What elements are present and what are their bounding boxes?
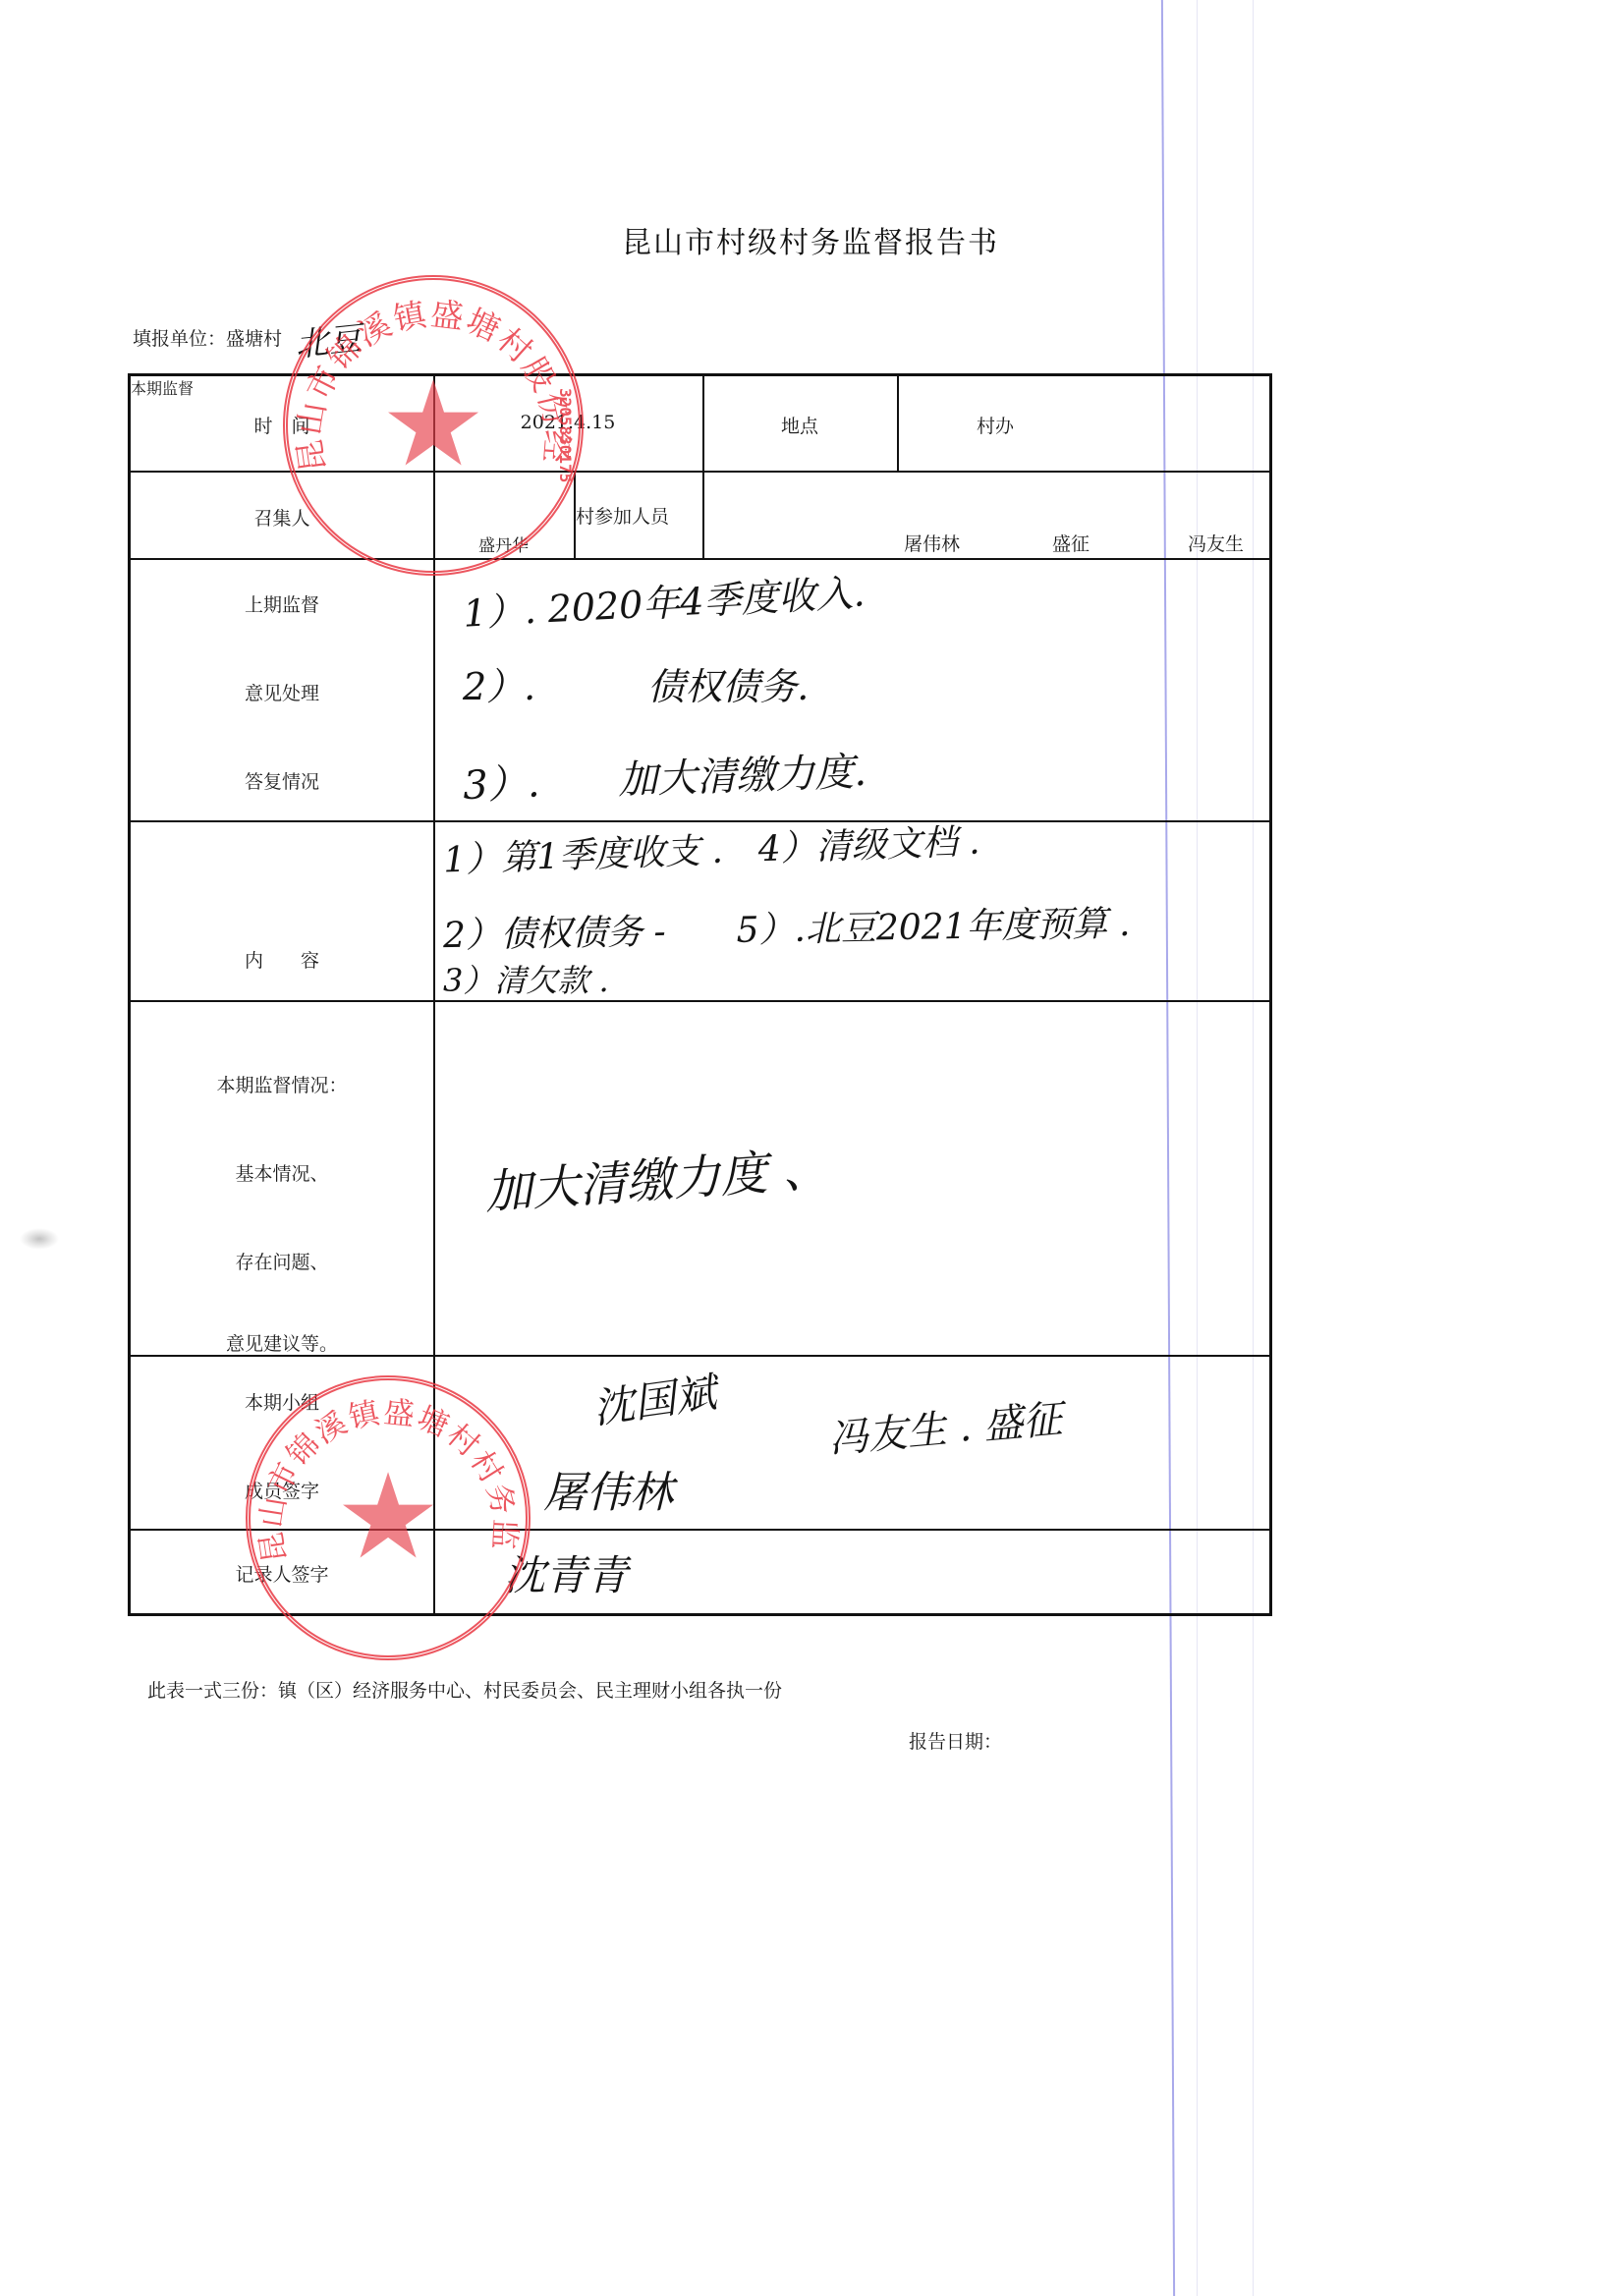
seal-arc-text: 昆山市锦溪镇盛塘村股份经济合作社 [288, 280, 579, 571]
seal-text: 昆山市锦溪镇盛塘村股份经济合作社 [288, 280, 577, 475]
participant-2: 盛征 [1052, 530, 1090, 556]
seal-code: 3205830175 [556, 388, 575, 482]
previous-label-line-3: 答复情况 [131, 767, 433, 794]
report-date-label: 报告日期： [909, 1727, 1002, 1754]
current-handwritten-3: 3）清欠款 . [443, 956, 609, 1001]
situation-label-line-2: 基本情况、 [131, 1159, 433, 1186]
seal-text: 昆山市锦溪镇盛塘村村务监督委员会 [251, 1380, 523, 1565]
row-divider [131, 820, 1269, 822]
row-divider [131, 1000, 1269, 1002]
fill-unit-label: 填报单位：盛塘村 [133, 324, 282, 351]
previous-handwritten-3: 3）. 加大清缴力度. [462, 741, 867, 811]
previous-label-line-2: 意见处理 [131, 679, 433, 705]
group-signature-1: 沈国斌 [588, 1361, 719, 1436]
participant-3: 冯友生 [1188, 530, 1244, 556]
previous-handwritten-2: 2）. 债权债务. [463, 656, 809, 710]
group-signature-3: 冯友生 . 盛征 [826, 1388, 1064, 1465]
current-label-line-2: 内 容 [131, 946, 433, 973]
participant-1: 屠伟林 [904, 530, 960, 556]
seal-arc-text: 昆山市锦溪镇盛塘村村务监督委员会 [251, 1380, 526, 1655]
group-signature-2: 屠伟林 [543, 1457, 673, 1520]
cooperative-seal-stamp: ★ 昆山市锦溪镇盛塘村股份经济合作社 3205830175 [283, 275, 584, 576]
situation-label-line-4: 意见建议等。 [131, 1329, 433, 1356]
document-title: 昆山市村级村务监督报告书 [0, 218, 1621, 261]
current-handwritten-2: 2）债权债务 - 5）.北豆2021年度预算 . [443, 896, 1131, 958]
footer-note: 此表一式三份：镇（区）经济服务中心、村民委员会、民主理财小组各执一份 [147, 1676, 782, 1703]
location-value: 村办 [897, 412, 1093, 438]
previous-handwritten-1: 1）. 2020年4季度收入. [462, 562, 866, 637]
scan-smudge [20, 1228, 59, 1250]
location-label: 地点 [702, 412, 897, 438]
situation-label-line-1: 本期监督情况： [131, 1071, 433, 1097]
previous-label-line-1: 上期监督 [131, 590, 433, 617]
situation-handwritten: 加大清缴力度 、 [482, 1131, 831, 1222]
svg-text:昆山市锦溪镇盛塘村股份经济合作社: 昆山市锦溪镇盛塘村股份经济合作社 [288, 280, 577, 475]
supervision-committee-seal-stamp: ★ 昆山市锦溪镇盛塘村村务监督委员会 [246, 1375, 531, 1660]
participants-label: 村参加人员 [576, 502, 669, 529]
svg-text:昆山市锦溪镇盛塘村村务监督委员会: 昆山市锦溪镇盛塘村村务监督委员会 [251, 1380, 523, 1565]
current-handwritten-1: 1）第1季度收支 . 4）清级文档 . [442, 813, 980, 882]
column-divider [702, 376, 704, 558]
situation-label-line-3: 存在问题、 [131, 1248, 433, 1274]
